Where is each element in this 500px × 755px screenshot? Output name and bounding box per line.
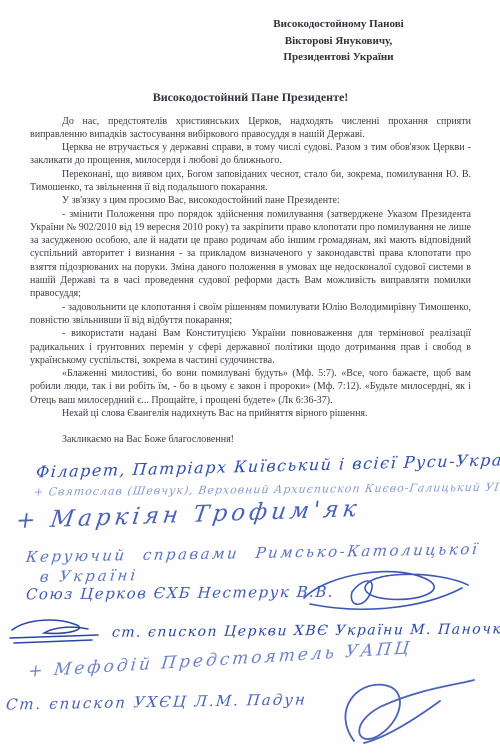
nesteruk-signature-flourish-icon (300, 568, 475, 620)
paragraph-intro: До нас, предстоятелів християнських Церк… (30, 115, 471, 142)
signature-markiyan-trofymiak: + Маркіян Трофим'як (14, 496, 362, 534)
letter-content: Високодостойному Панові Вікторові Януков… (0, 0, 500, 447)
paragraph-request-1: - змінити Положення про порядок здійснен… (30, 208, 471, 301)
signature-rcc-title-line1: Керуючий справами Римсько-Католицької (25, 540, 480, 566)
padun-signature-flourish-icon (328, 677, 478, 749)
paragraph-request-3: - використати надані Вам Конституцією Ук… (30, 327, 471, 367)
paragraph-church-role: Церква не втручається у державні справи,… (30, 141, 471, 168)
signature-filaret: Філарет, Патріарх Київський і всієї Руси… (35, 449, 500, 481)
paragraph-request-lead: У зв'язку з цим просимо Вас, високодосто… (30, 194, 471, 207)
signature-padun: Ст. єпископ УХЄЦ Л.М. Падун (5, 690, 307, 713)
signatures-block: Філарет, Патріарх Київський і всієї Руси… (0, 452, 500, 755)
signature-rcc-title-line2: в Україні (39, 566, 140, 586)
recipient-line-2: Вікторові Януковичу, (236, 33, 441, 50)
paragraph-scripture-quotes: «Блаженні милостиві, бо вони помилувані … (30, 367, 471, 407)
paragraph-conviction: Переконані, що виявом цих, Богом заповід… (30, 168, 471, 195)
closing-blessing: Закликаємо на Вас Боже благословення! (30, 433, 471, 446)
recipient-line-3: Президентові України (236, 49, 441, 66)
recipient-line-1: Високодостойному Панові (236, 16, 441, 33)
paragraph-request-2: - задовольнити це клопотання і своїм ріш… (30, 301, 471, 328)
signature-panochko: ст. єпископ Церкви ХВЄ України М. Паночк… (112, 621, 500, 641)
panochko-signature-flourish-icon (6, 616, 106, 646)
recipient-block: Високодостойному Панові Вікторові Януков… (236, 16, 441, 66)
letter-page: Високодостойному Панові Вікторові Януков… (0, 0, 500, 755)
salutation: Високодостойний Пане Президенте! (30, 90, 471, 105)
paragraph-gospel-wish: Нехай ці слова Євангелія надихнуть Вас н… (30, 407, 471, 420)
signature-sviatoslav-shevchuk: + Святослав (Шевчук), Верховний Архиєпис… (33, 480, 500, 498)
signature-nesteruk: Союз Церков ЄХБ Нестерук В.В. (25, 583, 334, 604)
